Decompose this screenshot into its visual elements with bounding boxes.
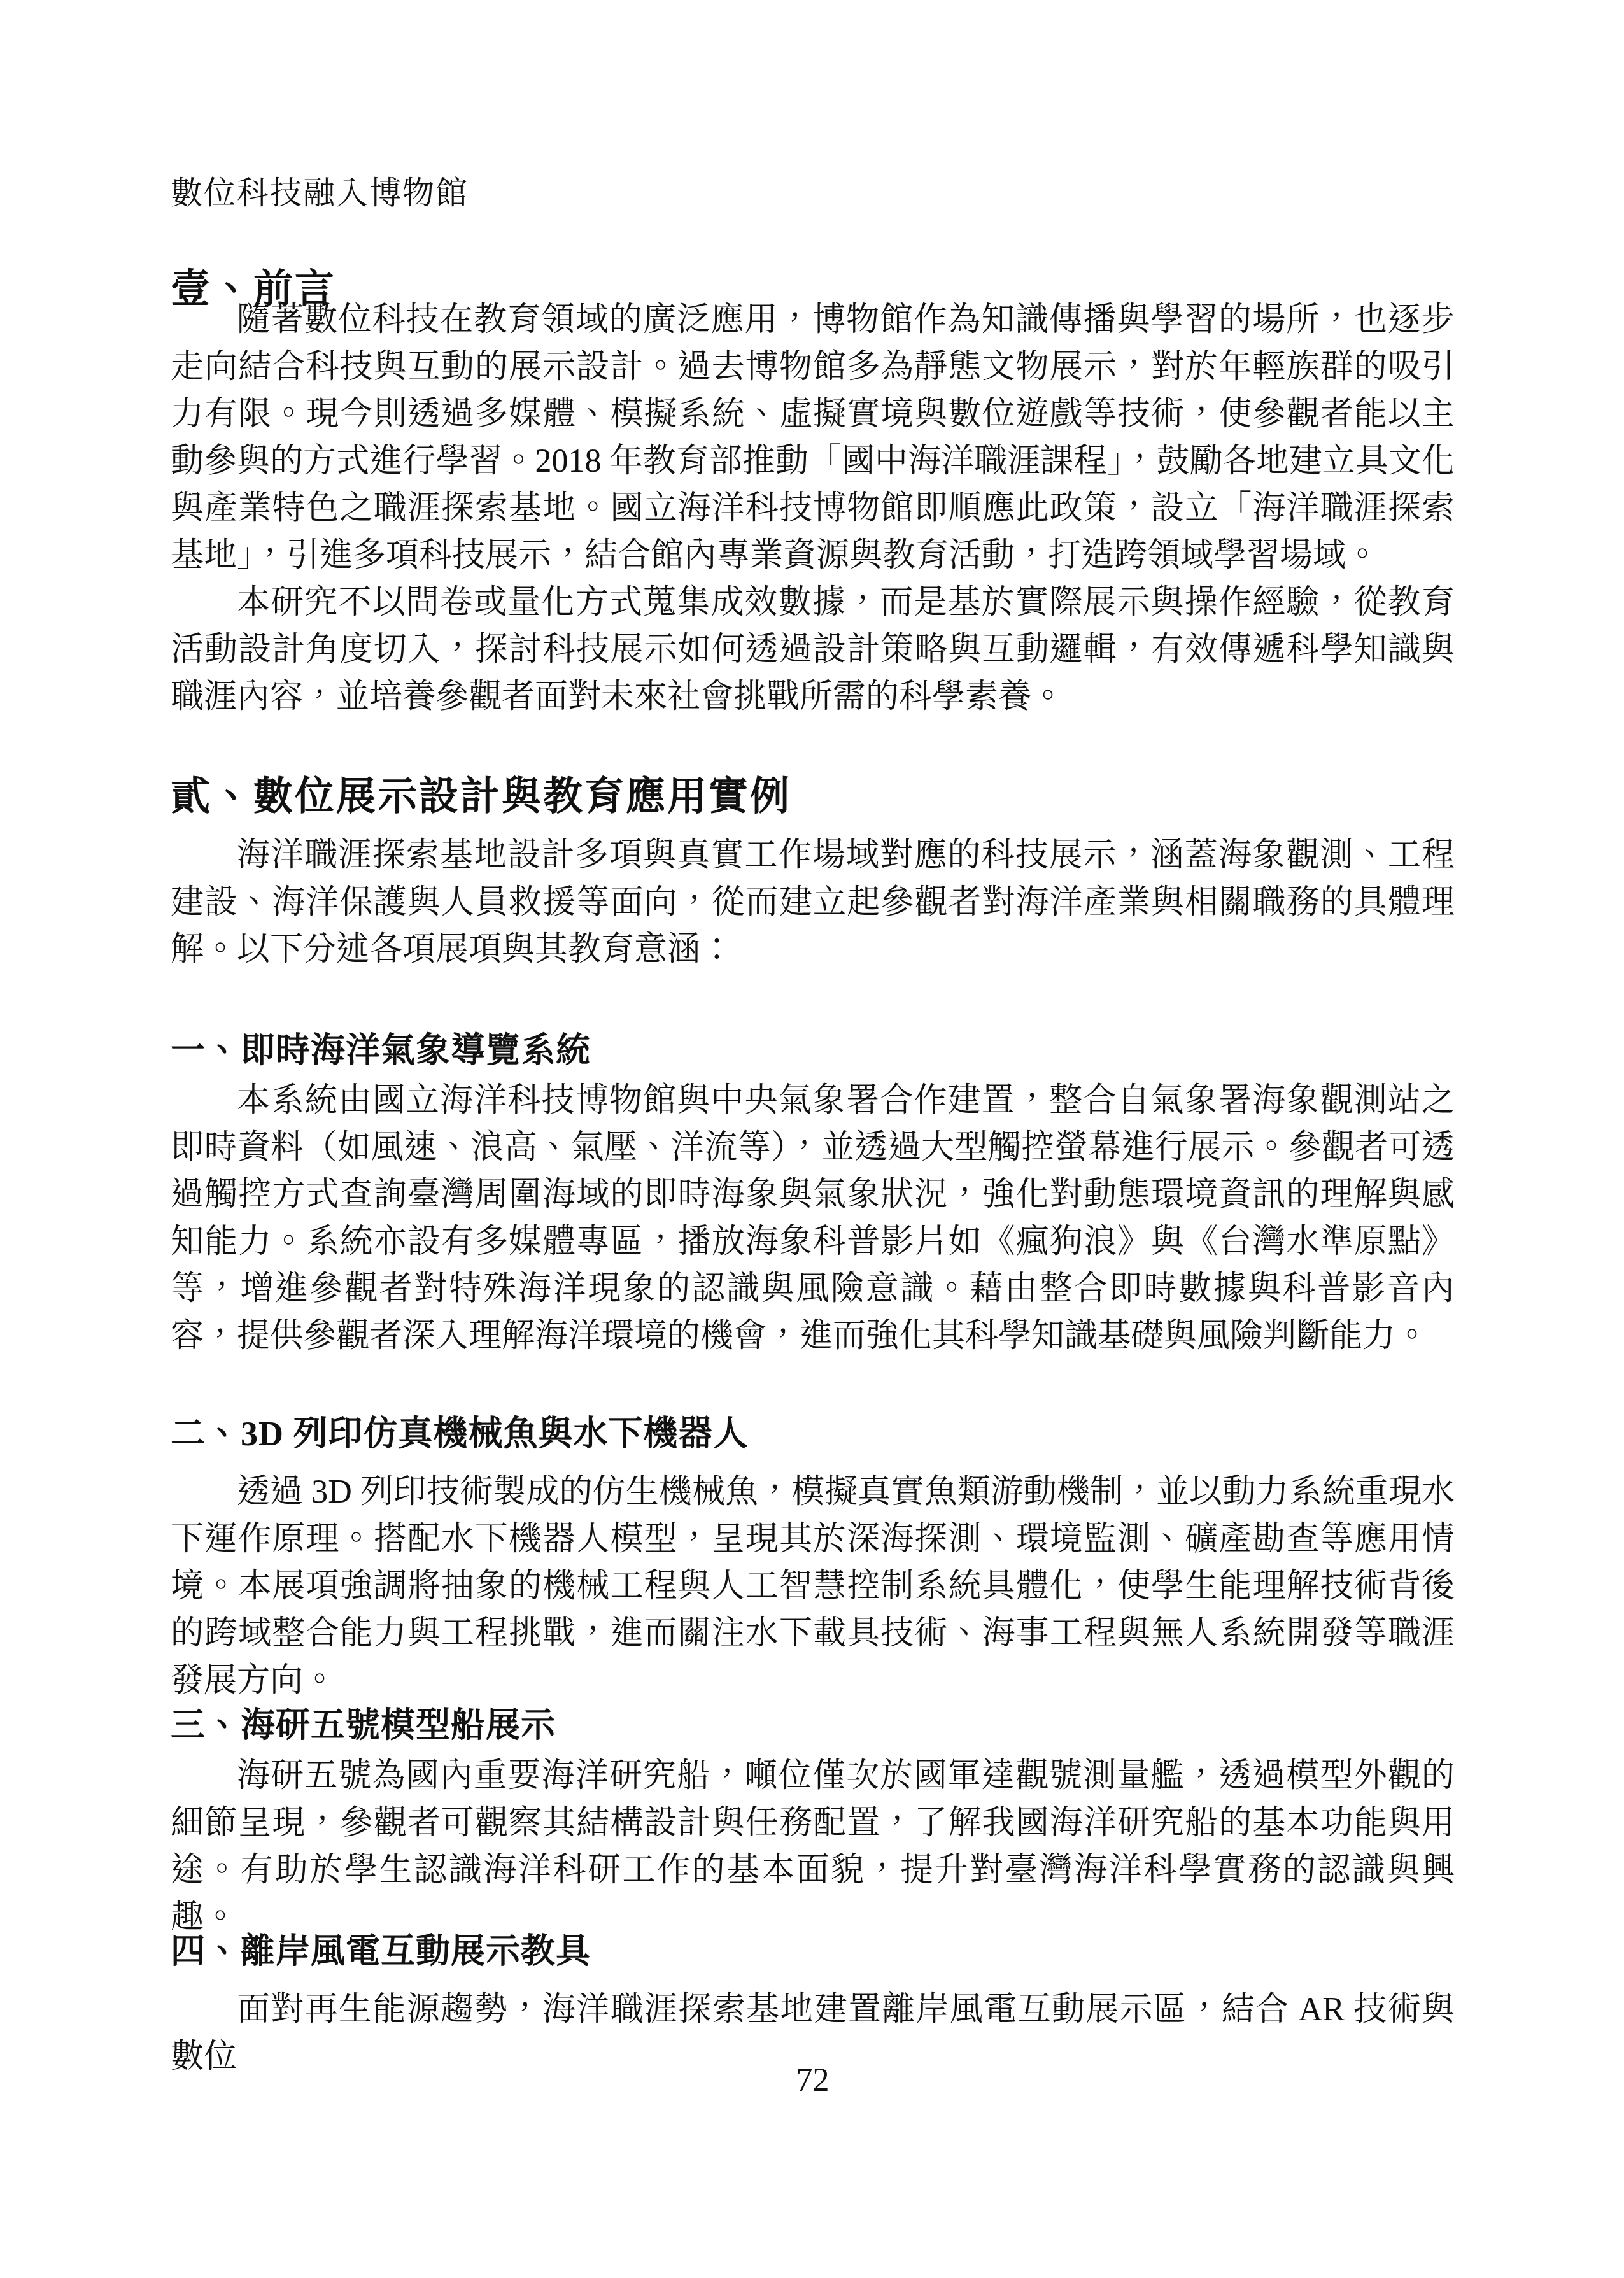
subsection-research-vessel-body: 海研五號為國內重要海洋研究船，噸位僅次於國軍達觀號測量艦，透過模型外觀的細節呈現… — [171, 1753, 1455, 1941]
subsection-robotic-fish-body: 透過 3D 列印技術製成的仿生機械魚，模擬真實魚類游動機制，並以動力系統重現水下… — [171, 1469, 1455, 1704]
intro-paragraphs: 隨著數位科技在教育領域的廣泛應用，博物館作為知識傳播與學習的場所，也逐步走向結合… — [171, 297, 1455, 721]
subsection-heading-robotic-fish: 二、3D 列印仿真機械魚與水下機器人 — [171, 1411, 1455, 1456]
section-heading-exhibits: 貳、數位展示設計與教育應用實例 — [171, 772, 1455, 823]
paragraph: 海洋職涯探索基地設計多項與真實工作場域對應的科技展示，涵蓋海象觀測、工程建設、海… — [171, 832, 1455, 973]
paragraph: 本系統由國立海洋科技博物館與中央氣象署合作建置，整合自氣象署海象觀測站之即時資料… — [171, 1077, 1455, 1360]
subsection-heading-research-vessel: 三、海研五號模型船展示 — [171, 1703, 1455, 1748]
subsection-heading-offshore-wind: 四、離岸風電互動展示教具 — [171, 1929, 1455, 1974]
paragraph: 海研五號為國內重要海洋研究船，噸位僅次於國軍達觀號測量艦，透過模型外觀的細節呈現… — [171, 1753, 1455, 1941]
paragraph: 隨著數位科技在教育領域的廣泛應用，博物館作為知識傳播與學習的場所，也逐步走向結合… — [171, 297, 1455, 579]
page-number: 72 — [171, 2062, 1455, 2100]
subsection-heading-weather-system: 一、即時海洋氣象導覽系統 — [171, 1028, 1455, 1073]
subsection-weather-body: 本系統由國立海洋科技博物館與中央氣象署合作建置，整合自氣象署海象觀測站之即時資料… — [171, 1077, 1455, 1360]
running-header: 數位科技融入博物館 — [171, 173, 1455, 213]
paragraph: 透過 3D 列印技術製成的仿生機械魚，模擬真實魚類游動機制，並以動力系統重現水下… — [171, 1469, 1455, 1704]
section2-lead: 海洋職涯探索基地設計多項與真實工作場域對應的科技展示，涵蓋海象觀測、工程建設、海… — [171, 832, 1455, 973]
document-page: 數位科技融入博物館 壹、前言 隨著數位科技在教育領域的廣泛應用，博物館作為知識傳… — [0, 0, 1624, 2278]
paragraph: 本研究不以問卷或量化方式蒐集成效數據，而是基於實際展示與操作經驗，從教育活動設計… — [171, 579, 1455, 721]
